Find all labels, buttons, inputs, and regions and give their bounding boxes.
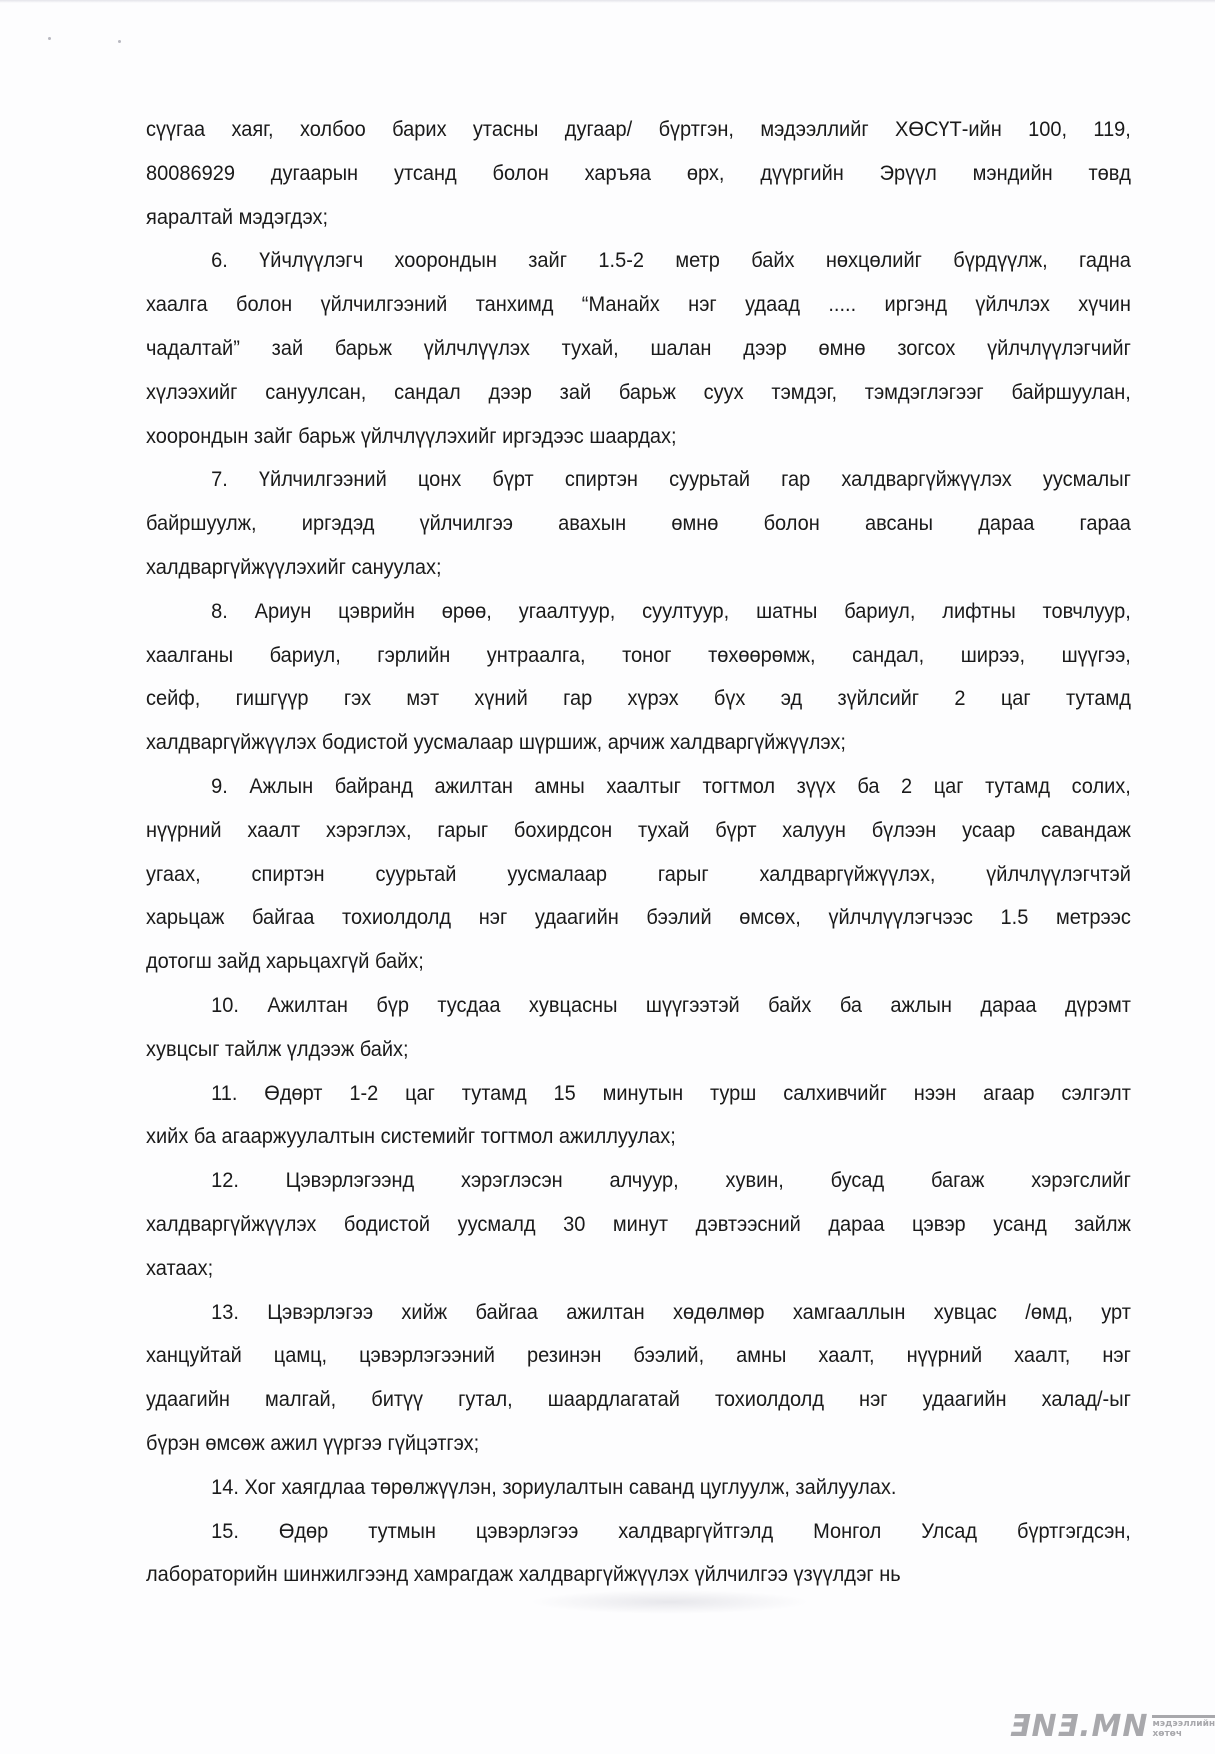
watermark-tagline-line2: хөтөч bbox=[1152, 1729, 1215, 1739]
text-line: чадалтай” зай барьж үйлчлүүлэх тухай, ша… bbox=[146, 327, 1131, 371]
text-line: хаалга болон үйлчилгээний танхимд “Манай… bbox=[146, 283, 1131, 327]
text-line: 10. Ажилтан бүр тусдаа хувцасны шүүгээтэ… bbox=[146, 984, 1131, 1028]
text-line: халдваргүйжүүлэх бодистой уусмалаар шүрш… bbox=[146, 721, 1131, 765]
text-line: хийх ба агааржуулалтын системийг тогтмол… bbox=[146, 1115, 1131, 1159]
paragraph-p6: 6. Үйчлүүлэгч хоорондын зайг 1.5-2 метр … bbox=[146, 239, 1131, 458]
text-line: бүрэн өмсөж ажил үүргээ гүйцэтгэх; bbox=[146, 1422, 1131, 1466]
text-line: яаралтай мэдэгдэх; bbox=[146, 196, 1131, 240]
paragraph-p15: 15. Өдөр тутмын цэвэрлэгээ халдваргүйтгэ… bbox=[146, 1510, 1131, 1598]
stamp-smudge bbox=[530, 1590, 810, 1614]
text-line: 13. Цэвэрлэгээ хийж байгаа ажилтан хөдөл… bbox=[146, 1291, 1131, 1335]
scan-speck bbox=[118, 40, 121, 43]
watermark-tagline: мэдээллийн хөтөч bbox=[1152, 1715, 1215, 1739]
text-line: дотогш зайд харьцахгүй байх; bbox=[146, 940, 1131, 984]
document-body: сүүгаа хаяг, холбоо барих утасны дугаар/… bbox=[146, 108, 1131, 1597]
text-line: халдваргүйжүүлэх бодистой уусмалд 30 мин… bbox=[146, 1203, 1131, 1247]
text-line: нүүрний хаалт хэрэглэх, гарыг бохирдсон … bbox=[146, 809, 1131, 853]
text-line: сейф, гишгүүр гэх мэт хүний гар хүрэх бү… bbox=[146, 677, 1131, 721]
text-line: сүүгаа хаяг, холбоо барих утасны дугаар/… bbox=[146, 108, 1131, 152]
paragraph-p13: 13. Цэвэрлэгээ хийж байгаа ажилтан хөдөл… bbox=[146, 1291, 1131, 1466]
paragraph-p10: 10. Ажилтан бүр тусдаа хувцасны шүүгээтэ… bbox=[146, 984, 1131, 1072]
paragraph-p14: 14. Хог хаягдлаа төрөлжүүлэн, зориулалты… bbox=[146, 1466, 1131, 1510]
text-line: 6. Үйчлүүлэгч хоорондын зайг 1.5-2 метр … bbox=[146, 239, 1131, 283]
text-line: 7. Үйлчилгээний цонх бүрт спиртэн суурьт… bbox=[146, 458, 1131, 502]
text-line: харьцаж байгаа тохиолдолд нэг удаагийн б… bbox=[146, 896, 1131, 940]
text-line: 9. Ажлын байранд ажилтан амны хаалтыг то… bbox=[146, 765, 1131, 809]
text-line: 12. Цэвэрлэгээнд хэрэглэсэн алчуур, хуви… bbox=[146, 1159, 1131, 1203]
text-line: халдваргүйжүүлэхийг сануулах; bbox=[146, 546, 1131, 590]
watermark-tagline-line1: мэдээллийн bbox=[1152, 1719, 1215, 1729]
scan-top-edge bbox=[0, 0, 1215, 3]
paragraph-p5-continued: сүүгаа хаяг, холбоо барих утасны дугаар/… bbox=[146, 108, 1131, 239]
text-line: 11. Өдөрт 1-2 цаг тутамд 15 минутын турш… bbox=[146, 1072, 1131, 1116]
text-line: хатаах; bbox=[146, 1247, 1131, 1291]
paragraph-p12: 12. Цэвэрлэгээнд хэрэглэсэн алчуур, хуви… bbox=[146, 1159, 1131, 1290]
text-line: хувцсыг тайлж үлдээж байх; bbox=[146, 1028, 1131, 1072]
text-line: хүлээхийг сануулсан, сандал дээр зай бар… bbox=[146, 371, 1131, 415]
text-line: угаах, спиртэн суурьтай уусмалаар гарыг … bbox=[146, 853, 1131, 897]
text-line: удаагийн малгай, битүү гутал, шаардлагат… bbox=[146, 1378, 1131, 1422]
paragraph-p11: 11. Өдөрт 1-2 цаг тутамд 15 минутын турш… bbox=[146, 1072, 1131, 1160]
text-line: 14. Хог хаягдлаа төрөлжүүлэн, зориулалты… bbox=[146, 1466, 1131, 1510]
text-line: 80086929 дугаарын утсанд болон харъяа өр… bbox=[146, 152, 1131, 196]
text-line: ханцуйтай цамц, цэвэрлэгээний резинэн бэ… bbox=[146, 1334, 1131, 1378]
paragraph-p8: 8. Ариун цэврийн өрөө, угаалтуур, суулту… bbox=[146, 590, 1131, 765]
text-line: хоорондын зайг барьж үйлчлүүлэхийг иргэд… bbox=[146, 415, 1131, 459]
scan-speck bbox=[48, 37, 51, 40]
watermark-logo: ƎNƎ.MN bbox=[1010, 1712, 1148, 1742]
text-line: хаалганы бариул, гэрлийн унтраалга, тоно… bbox=[146, 634, 1131, 678]
text-line: 15. Өдөр тутмын цэвэрлэгээ халдваргүйтгэ… bbox=[146, 1510, 1131, 1554]
text-line: байршуулж, иргэдэд үйлчилгээ авахын өмнө… bbox=[146, 502, 1131, 546]
paragraph-p9: 9. Ажлын байранд ажилтан амны хаалтыг то… bbox=[146, 765, 1131, 984]
paragraph-p7: 7. Үйлчилгээний цонх бүрт спиртэн суурьт… bbox=[146, 458, 1131, 589]
watermark: ƎNƎ.MN мэдээллийн хөтөч bbox=[1010, 1712, 1215, 1742]
text-line: 8. Ариун цэврийн өрөө, угаалтуур, суулту… bbox=[146, 590, 1131, 634]
